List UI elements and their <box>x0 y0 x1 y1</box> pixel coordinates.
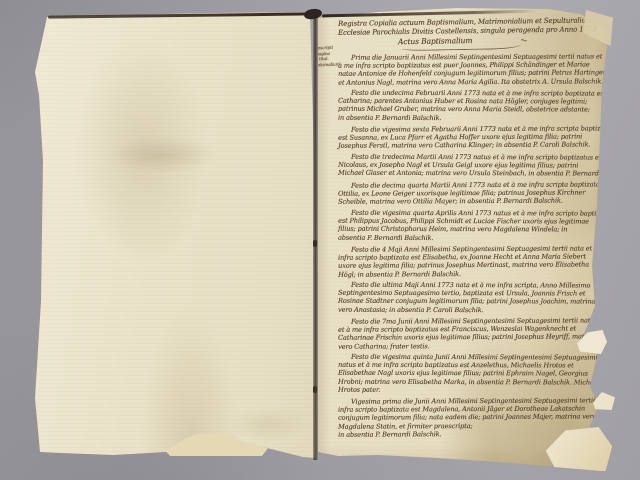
binding-stitch <box>313 386 317 393</box>
entry-line: et Antonius Nagl, matrina vero Anna Mari… <box>338 77 594 87</box>
entry-line: vero Anastasia; in absentia P. Caroli Ba… <box>338 305 594 314</box>
baptism-entry: Prima die Januarii Anni Millesimi Septin… <box>338 53 594 87</box>
binding-stitch <box>313 240 317 247</box>
entry-line: Elisabethae Nagl uxoris ejus legitimae f… <box>338 369 594 378</box>
entry-line: Högl; in absentia P. Bernardi Balschik. <box>338 269 594 279</box>
entry-line: filius; patrini Christophorus Heim, matr… <box>338 225 594 234</box>
baptism-entry: Festo die vigesima sexta Februarii Anni … <box>338 125 594 151</box>
entry-line: Michael Glaser et Antonia; matrina vero … <box>338 169 594 178</box>
entry-line: vero Catharina; frater testis. <box>338 341 594 351</box>
section-title-row: Actus Baptismalium ~ <box>338 34 594 51</box>
ink-bleedthrough-smudge <box>103 135 223 175</box>
entry-line: uxore ejus legitima filia; patrinus Jose… <box>338 260 594 270</box>
entry-line: Rosinae Stadtner conjugum legitimorum fi… <box>338 297 594 306</box>
entry-line: Catharinae Frischin uxoris ejus legitima… <box>338 332 594 342</box>
scanned-register-photo: praescripti in pagina a P. titul. Baptis… <box>0 0 640 480</box>
baptism-entry: Festo die vigesima quarta Aprilis Anni 1… <box>338 208 594 242</box>
baptism-entry: Festo die ultima Maji Anni 1773 nata et … <box>338 280 594 314</box>
entry-line: in absentia P. Bernardi Balschik. <box>338 429 594 439</box>
entry-line: absentia P. Bernardi Balschik. <box>338 233 594 242</box>
baptism-entry: Festo die tredecima Martii Anni 1773 nat… <box>338 153 594 178</box>
baptism-entry: Festo die vigesima quinta Junii Anni Mil… <box>338 352 594 394</box>
entry-line: Hrobni; matrina vero Elisabetha Marka, i… <box>338 377 594 386</box>
baptism-entry: Festo die decima quarta Martii Anni 1773… <box>338 180 594 206</box>
right-page: praescripti in pagina a P. titul. Baptis… <box>318 6 613 468</box>
manuscript-text-block: Registra Copialia actuum Baptismalium, M… <box>338 18 594 441</box>
paper-stain <box>223 406 313 442</box>
section-title: Actus Baptismalium <box>398 36 472 46</box>
entry-line: in absentia P. Bernardi Balschik. <box>338 113 594 122</box>
entry-line: conjugum legitimorum filia; nata eadem d… <box>338 413 594 423</box>
left-page <box>33 11 318 463</box>
baptism-entry: Festo die 4 Maji Anni Millesimi Septinge… <box>338 244 594 278</box>
marginal-scribble: ~ <box>519 35 528 46</box>
entry-line: Scheible, matrina vero Ottilia Mayer; in… <box>338 197 594 207</box>
entry-line: Josephus Ferstl, matrina vero Catharina … <box>338 141 594 151</box>
baptism-entries: Prima die Januarii Anni Millesimi Septin… <box>338 53 594 438</box>
baptism-entry: Festo die 7ma Junii Anni Millesimi Septi… <box>338 316 594 350</box>
entry-line: Hrotos pater. <box>338 385 594 394</box>
baptism-entry: Festo die undecima Februarii Anni 1773 n… <box>338 89 594 123</box>
baptism-entry: Vigesima prima die Junii Anni Millesimi … <box>338 396 594 438</box>
